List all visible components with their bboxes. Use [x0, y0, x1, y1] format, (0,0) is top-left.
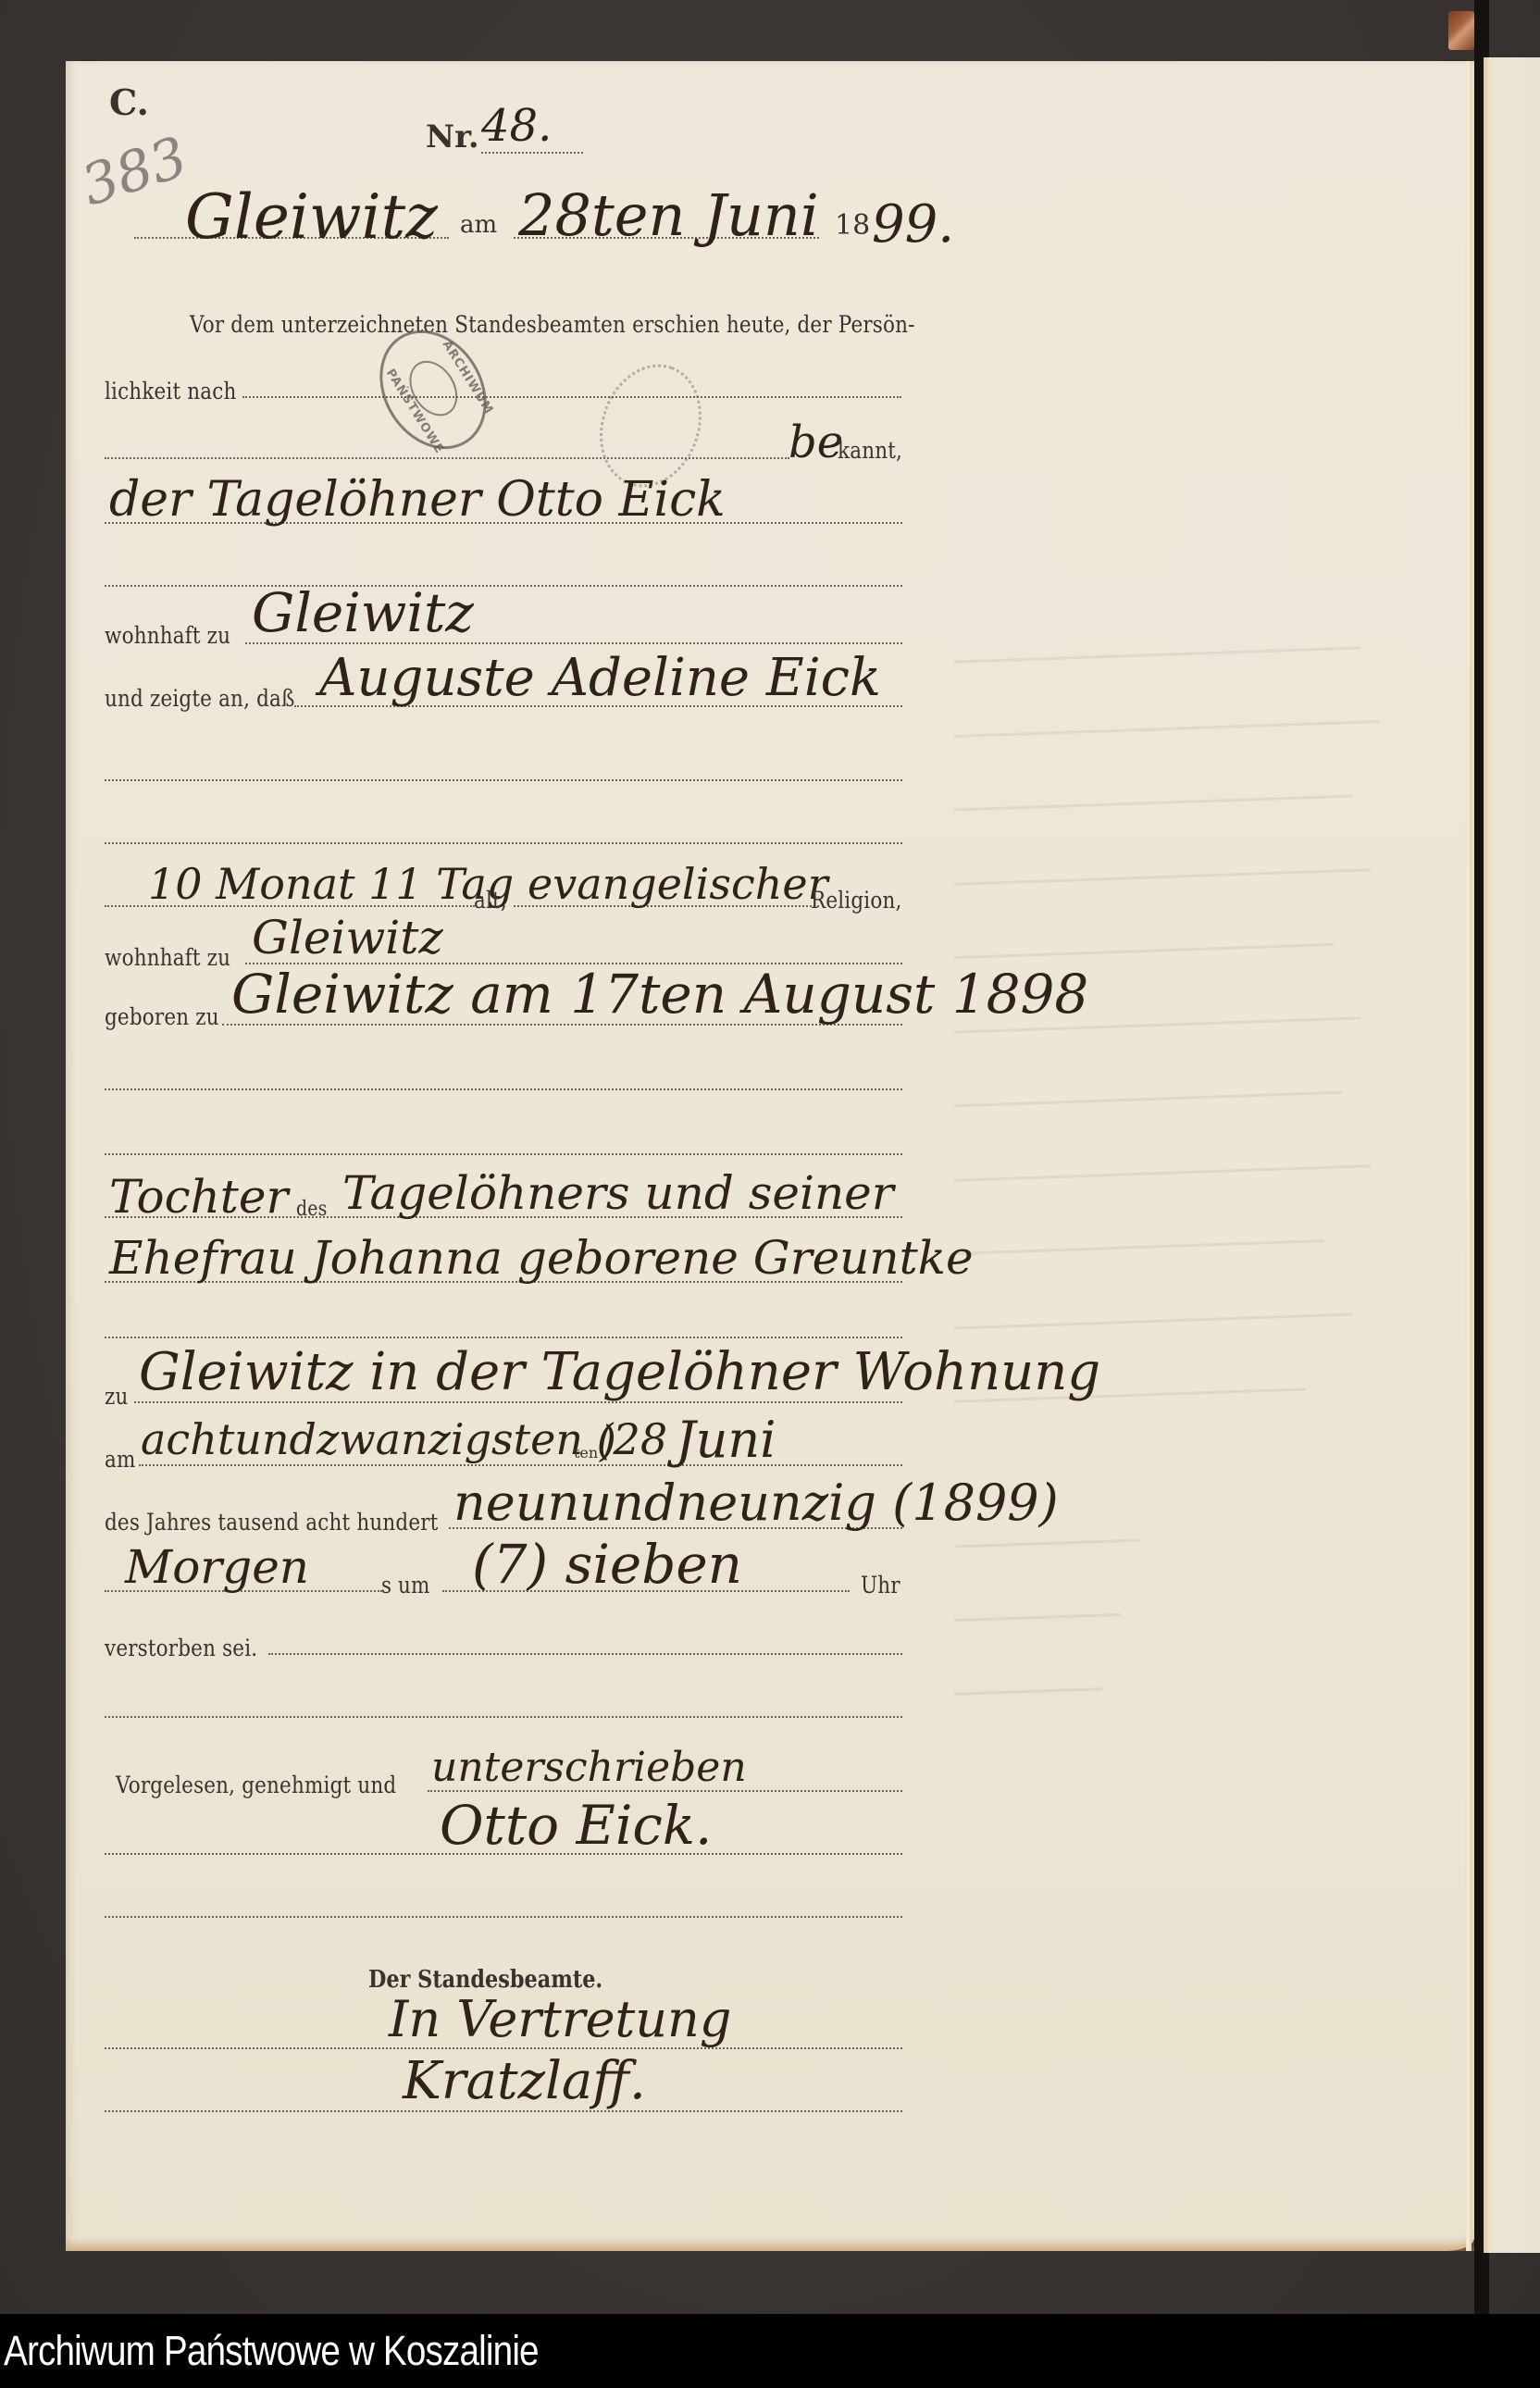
geboren-label: geboren zu — [105, 1003, 219, 1030]
geboren-value: Gleiwitz am 17ten August 1898 — [231, 963, 1088, 1026]
blank-line — [105, 1153, 902, 1155]
age-value: 10 Monat 11 Tag — [148, 859, 514, 909]
number-line — [481, 152, 583, 154]
bleed-through — [954, 720, 1380, 738]
am-label-2: am — [105, 1446, 136, 1473]
parents2-value: Ehefrau Johanna geborene Greuntke — [109, 1231, 974, 1285]
bleed-through — [954, 1613, 1121, 1622]
bleed-through — [954, 868, 1371, 886]
date-value: 28ten Juni — [518, 181, 819, 249]
archive-name: Archiwum Państwowe w Koszalinie — [4, 2327, 539, 2375]
jahres-label: des Jahres tausend acht hundert — [105, 1509, 438, 1536]
archive-footer: Archiwum Państwowe w Koszalinie — [0, 2314, 1540, 2388]
zu-label: zu — [105, 1383, 129, 1410]
bleed-through — [954, 1239, 1324, 1255]
zeigte-label: und zeigte an, daß — [105, 685, 295, 712]
bleed-through — [954, 1164, 1371, 1182]
informant-value: der Tagelöhner Otto Eick — [109, 472, 726, 528]
bleed-through — [954, 646, 1361, 663]
religion-value: evangelischer — [528, 859, 828, 909]
wohnhaft2-label: wohnhaft zu — [105, 944, 230, 971]
bleed-through — [954, 943, 1334, 959]
year-suffix: 99. — [872, 194, 954, 255]
place-value: Gleiwitz — [185, 181, 438, 253]
page-edge-stain — [66, 2238, 1474, 2251]
parents1-a: Tochter — [109, 1170, 288, 1224]
blank-line — [105, 585, 902, 587]
bleed-through — [954, 1539, 1139, 1548]
death-day-close: ) — [600, 1416, 616, 1466]
bekannt-label: kannt, — [838, 437, 902, 464]
parents1-printed: des — [296, 1198, 328, 1221]
bleed-through — [954, 1091, 1343, 1108]
wohnhaft-value: Gleiwitz — [252, 581, 474, 644]
lichkeit-line — [242, 396, 901, 398]
blank-line — [105, 1088, 902, 1090]
religion-label: Religion, — [811, 887, 901, 914]
register-page — [66, 61, 1474, 2251]
vorgelesen-value: unterschrieben — [431, 1744, 747, 1791]
time-printed-s: s — [381, 1572, 391, 1598]
um-label: um — [398, 1572, 430, 1598]
page-spine-edge — [1466, 61, 1472, 2251]
lichkeit-label: lichkeit nach — [105, 378, 237, 404]
death-day-sup: ten — [574, 1444, 598, 1461]
verstorben-line — [268, 1653, 902, 1655]
death-month-value: Juni — [676, 1411, 776, 1469]
time-value: (7) sieben — [472, 1533, 742, 1596]
deceased-name: Auguste Adeline Eick — [319, 648, 881, 708]
bleed-through — [954, 1312, 1352, 1329]
verstorben-label: verstorben sei. — [105, 1635, 257, 1661]
wohnhaft2-value: Gleiwitz — [252, 911, 443, 964]
blank-line — [105, 842, 902, 844]
number-value: 48. — [481, 100, 552, 152]
bekannt-hand: be — [789, 417, 843, 468]
adjacent-page-edge — [1484, 57, 1540, 2253]
wohnhaft-label: wohnhaft zu — [105, 622, 230, 649]
blank-line — [105, 1916, 902, 1918]
number-label: Nr. — [426, 118, 479, 155]
age-label: alt, — [474, 887, 507, 914]
form-letter: C. — [109, 81, 149, 123]
death-day-line — [139, 1464, 902, 1466]
jahres-value: neunundneunzig (1899) — [453, 1474, 1059, 1532]
intro-text: Vor dem unterzeichneten Standesbeamten e… — [190, 311, 915, 338]
informant-signature: Otto Eick. — [440, 1794, 712, 1857]
registrar-signature: Kratzlaff. — [403, 2051, 646, 2111]
blank-line — [105, 1337, 902, 1338]
bleed-through — [954, 1687, 1102, 1696]
vorgelesen-label: Vorgelesen, genehmigt und — [116, 1772, 396, 1798]
registrar-line1: In Vertretung — [389, 1990, 731, 2048]
am-label: am — [460, 211, 497, 239]
bleed-through — [954, 794, 1352, 811]
time-prefix: Morgen — [125, 1540, 309, 1594]
year-prefix: 18 — [835, 209, 870, 242]
blank-line — [105, 1716, 902, 1718]
death-place-value: Gleiwitz in der Tagelöhner Wohnung — [139, 1342, 1100, 1402]
blank-line — [105, 779, 902, 781]
parents1-b: Tagelöhners und seiner — [342, 1166, 894, 1220]
binding-tape — [1448, 11, 1474, 50]
uhr-label: Uhr — [861, 1572, 900, 1598]
